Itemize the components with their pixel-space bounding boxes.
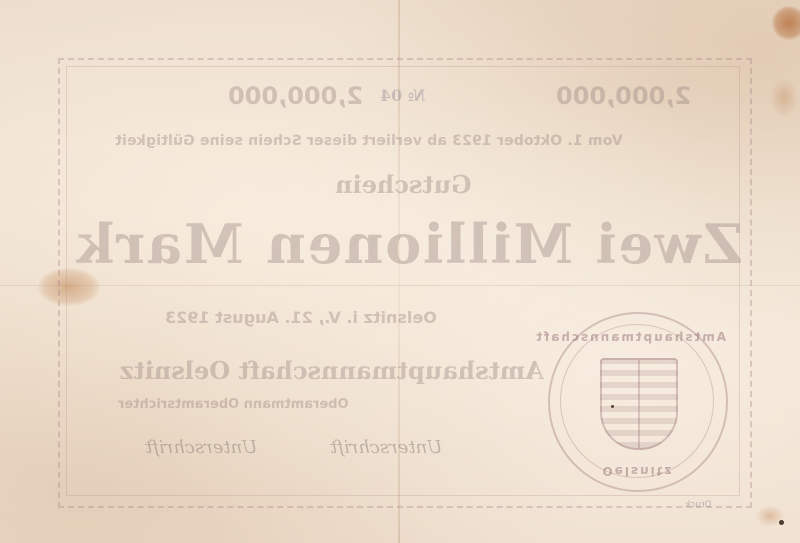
shield-divider	[638, 360, 640, 448]
denomination-right: 2,000,000	[228, 82, 363, 110]
stain-right	[770, 78, 798, 118]
issue-date: Oelsnitz i. V., 21. August 1923	[165, 308, 437, 327]
coat-of-arms-icon	[600, 358, 678, 450]
stain-top-right	[772, 6, 800, 40]
signature-left: Unterschrift	[330, 437, 442, 458]
validity-notice: Vom 1. Oktober 1923 ab verliert dieser S…	[115, 133, 623, 149]
banknote-paper: 2,000,000 № 04 2,000,000 Vom 1. Oktober …	[0, 0, 800, 543]
issuer-name: Amtshauptmannschaft Oelsnitz	[120, 356, 544, 385]
signatory-titles: Oberamtmann Oberamtsrichter	[118, 397, 349, 412]
serial-number: № 04	[380, 86, 425, 105]
ink-spot	[779, 520, 784, 525]
printer-mark: Druck	[685, 500, 712, 510]
seal-bottom-text: Oelsnitz	[550, 464, 726, 478]
official-seal: Amtshauptmannschaft Oelsnitz	[548, 312, 728, 492]
denomination-left: 2,000,000	[556, 82, 691, 110]
note-label: Gutschein	[335, 170, 471, 199]
signature-right: Unterschrift	[145, 437, 257, 458]
amount-text: Zwei Millionen Mark	[75, 212, 743, 276]
seal-top-text: Amtshauptmannschaft	[550, 330, 726, 344]
